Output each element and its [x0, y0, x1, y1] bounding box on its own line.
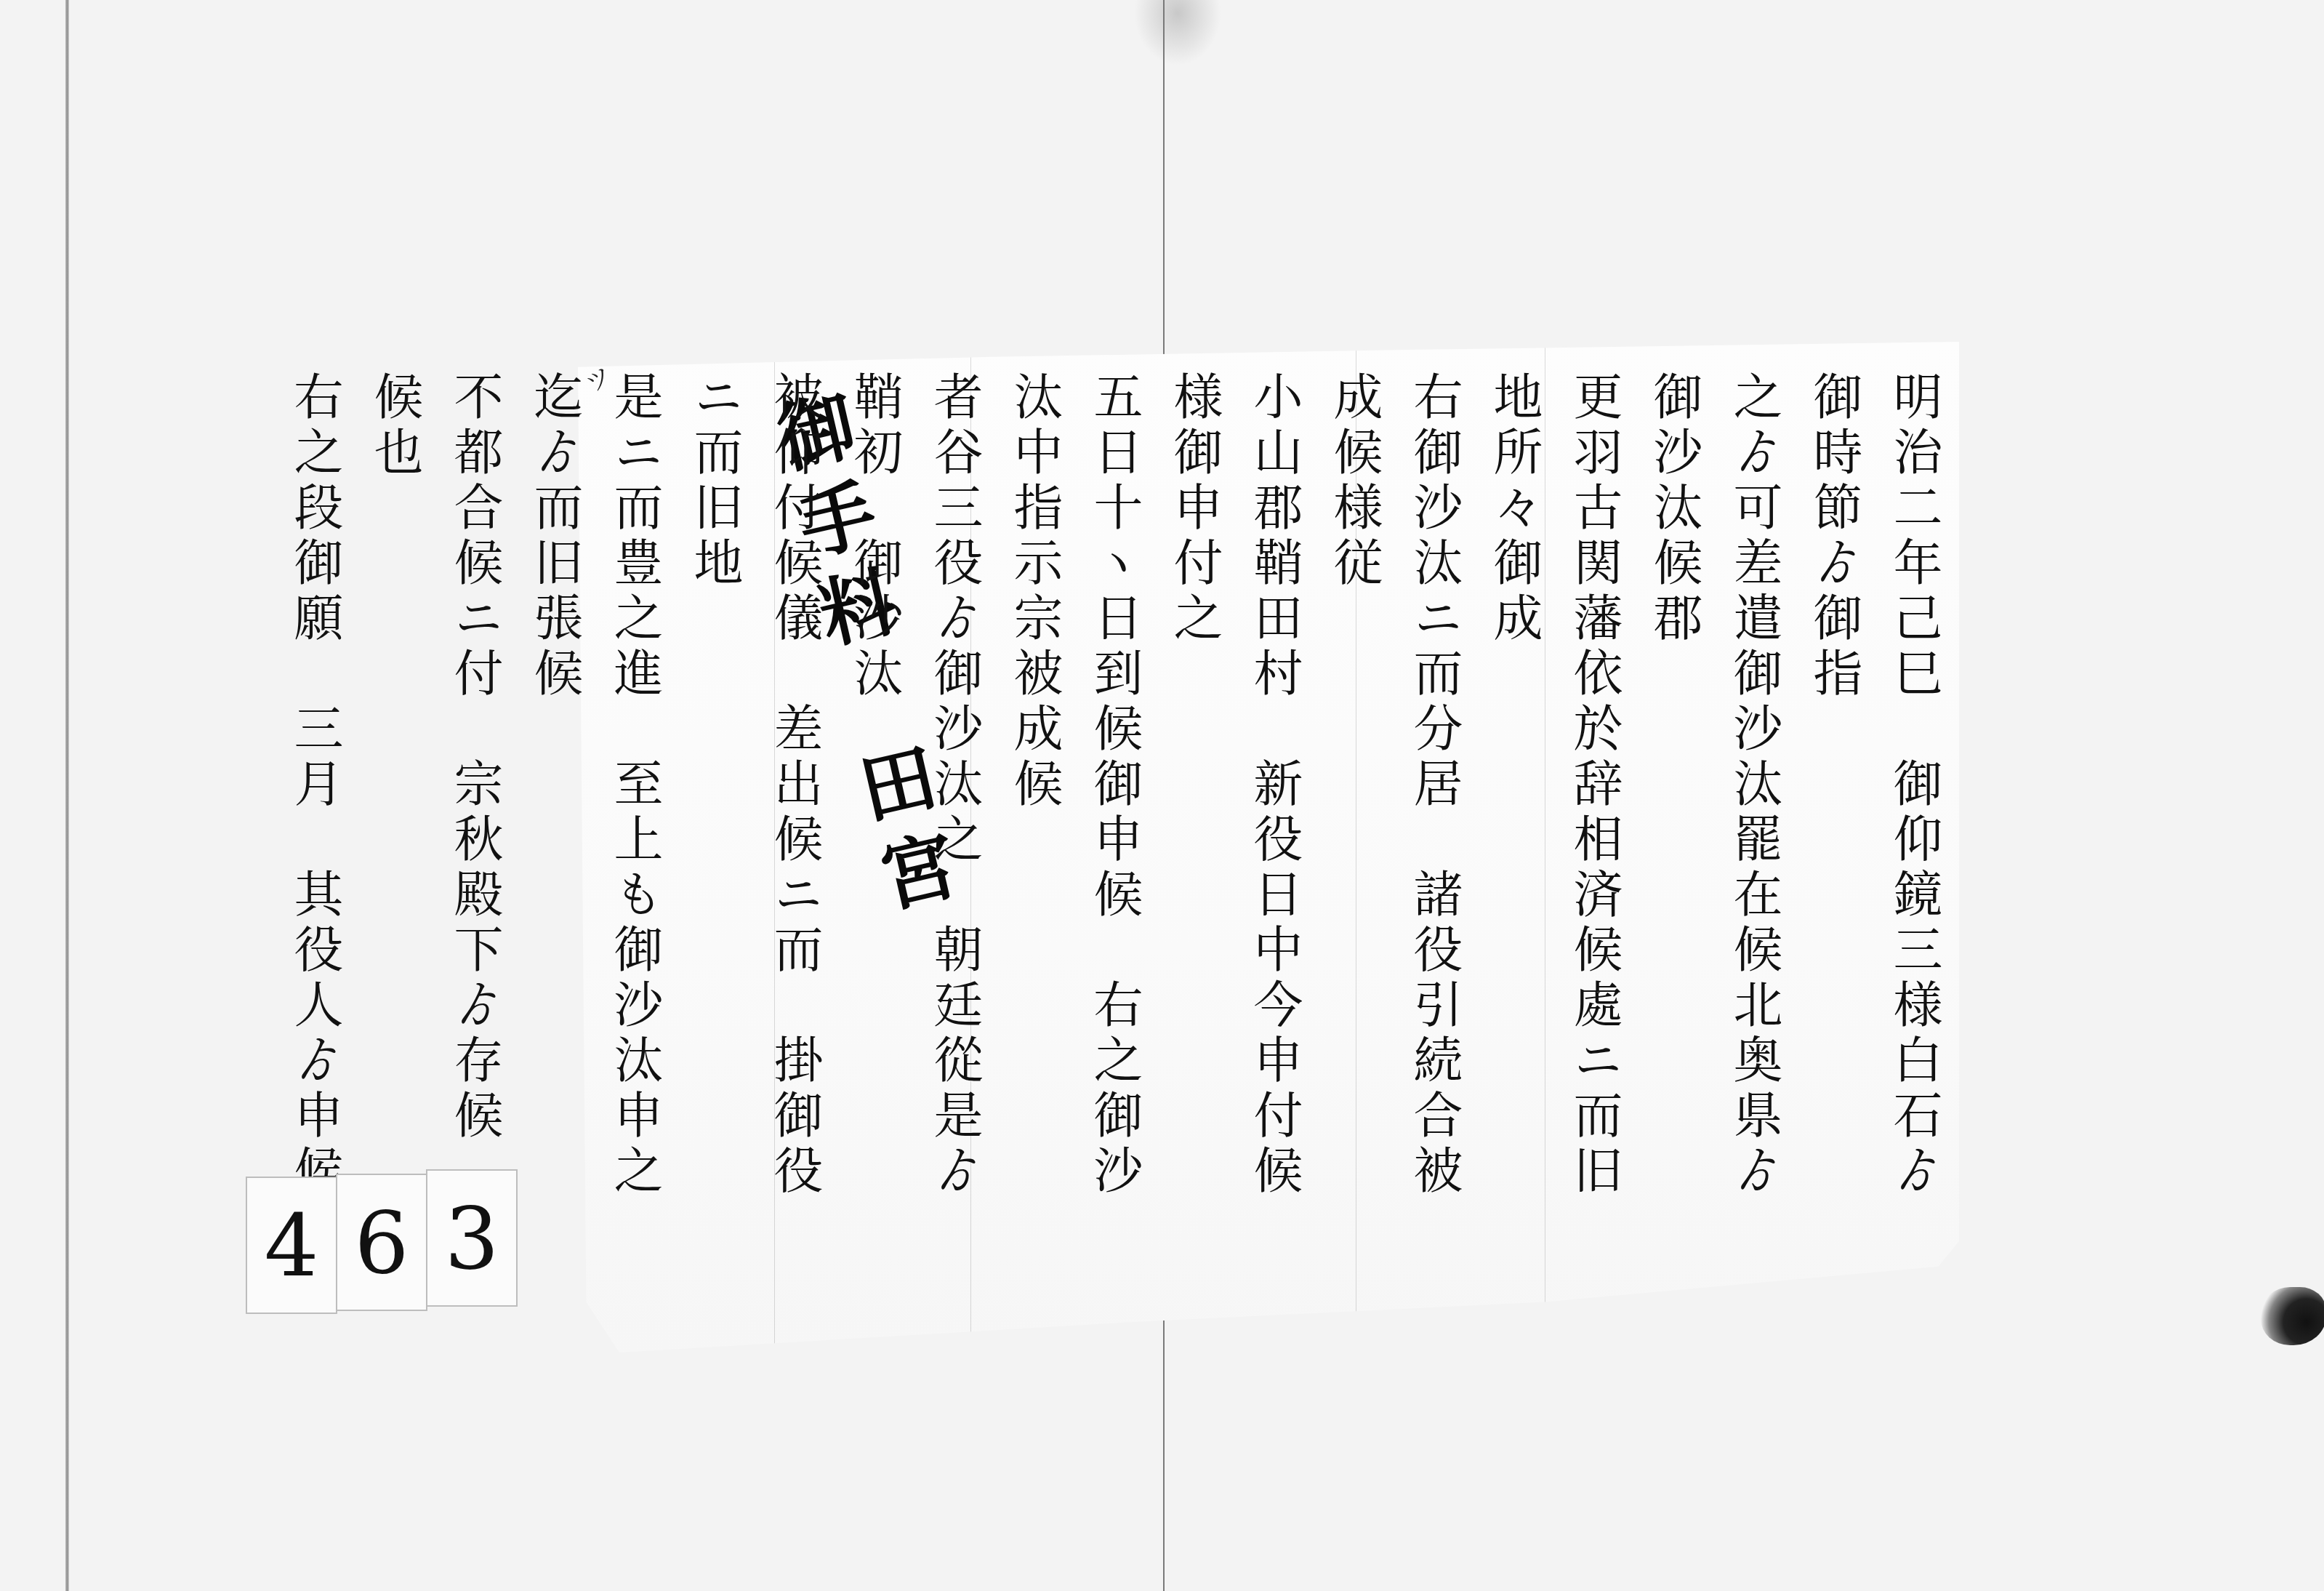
- text-column: 被仰付候儀 差出候ニ而 掛御役ニ而旧地: [674, 371, 834, 1229]
- catalog-tag-digit: 4: [246, 1177, 337, 1314]
- catalog-tag-digit: 6: [336, 1174, 427, 1311]
- text-column: 右之段御願 三月 其役人ゟ申候: [274, 371, 354, 1229]
- text-column: 五日十ヽ日到候御申候 右之御沙汰中指示宗被成候: [994, 371, 1154, 1229]
- text-column: 小山郡鞘田村 新役日中今申付候様御申付之: [1154, 371, 1314, 1229]
- text-column: 是ニ而豊之進 至上も御沙汰申之迄ゟ而旧張候: [514, 371, 674, 1229]
- binding-edge-line: [65, 0, 69, 1591]
- text-column: 明治二年己巳 御仰鏡三様白石ゟ御時節ゟ御指: [1793, 371, 1953, 1229]
- text-column: 更羽古関藩依於辞相済候處ニ而旧地所々御成: [1473, 371, 1633, 1229]
- text-column: 者谷三役ゟ御沙汰之 朝廷從是ゟ鞘初 御沙汰: [834, 371, 994, 1229]
- ink-smudge: [1134, 0, 1221, 65]
- catalog-tag-digit: 3: [426, 1169, 518, 1307]
- manuscript-body: 明治二年己巳 御仰鏡三様白石ゟ御時節ゟ御指 之ゟ可差遣御沙汰罷在候北奥県ゟ御沙汰…: [274, 371, 1953, 1229]
- ink-blot: [2261, 1287, 2324, 1345]
- text-column: 之ゟ可差遣御沙汰罷在候北奥県ゟ御沙汰候郡: [1633, 371, 1793, 1229]
- text-column: 不都合候ニ付 宗秋殿下ゟ存候 候也: [354, 371, 514, 1229]
- text-column: 右御沙汰ニ而分居 諸役引続合被成候様従: [1314, 371, 1473, 1229]
